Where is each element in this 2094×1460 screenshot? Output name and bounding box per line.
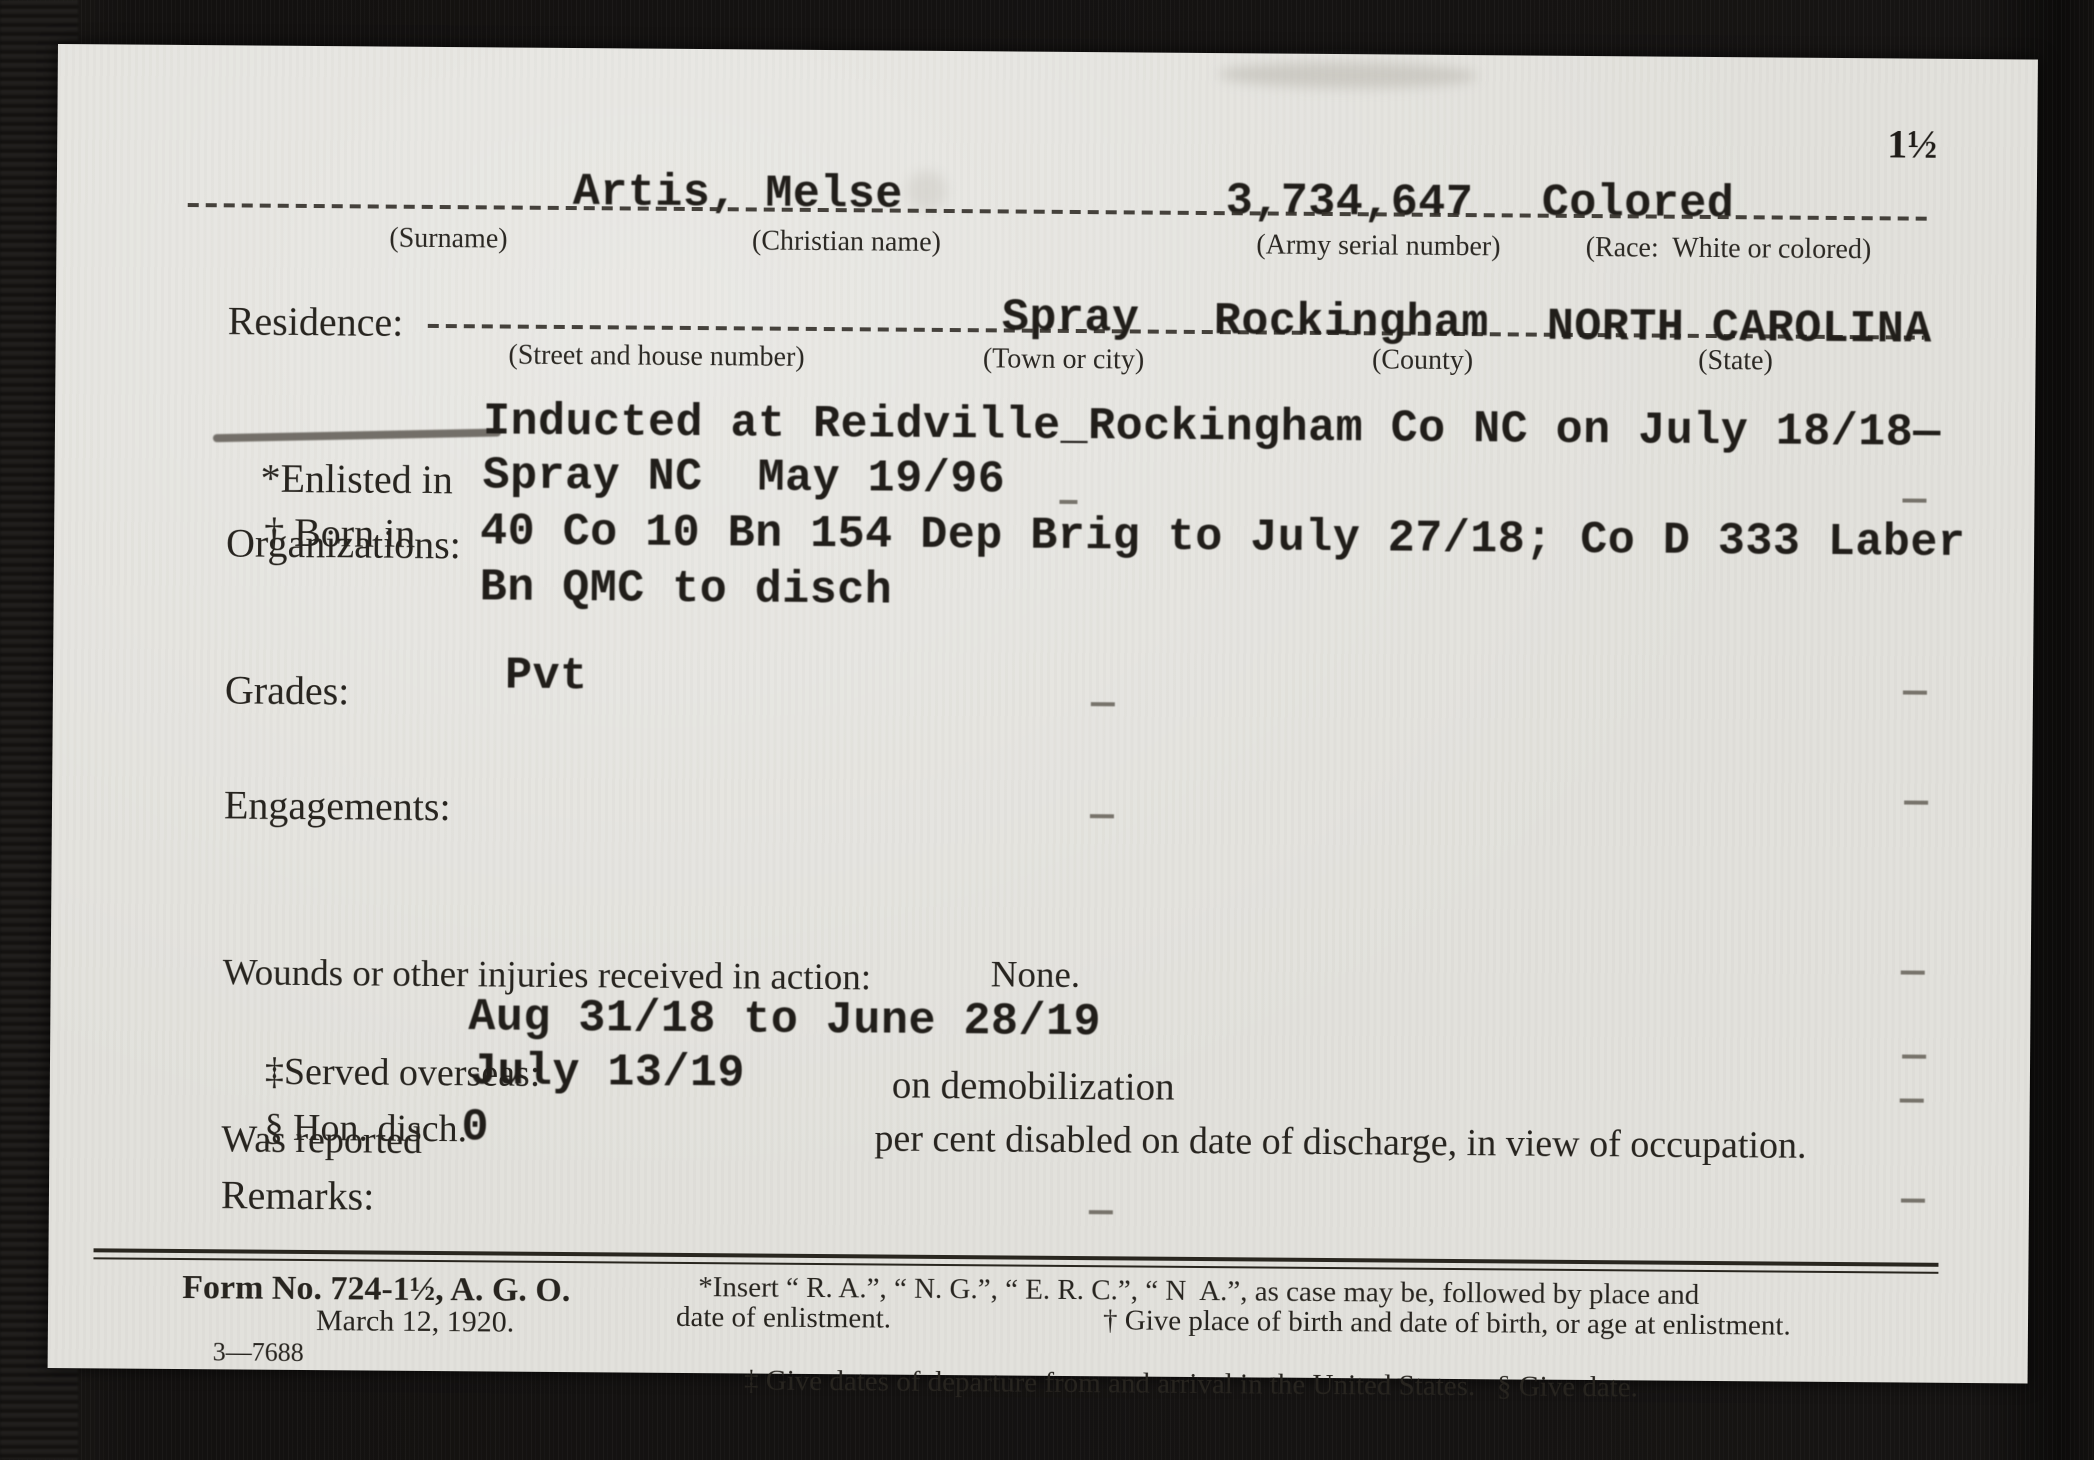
blank-mark [1090,814,1114,818]
sheet-number: 1½ [1757,119,1937,167]
serial-label: (Army serial number) [1218,229,1538,264]
margin-mark [1900,1098,1924,1102]
state-label: (State) [1655,345,1815,378]
was-reported-label: Was reported [221,1117,422,1163]
margin-mark [1902,499,1926,503]
grades-value: Pvt [505,652,588,702]
footnote-departure: ‡ Give dates of departure from and arriv… [700,1331,1638,1437]
scanned-page: 1½ Artis, Melse 3,734,647 Colored (Surna… [0,0,2094,1460]
residence-county-value: Rockingham [1214,297,1489,349]
born-value: Spray NC May 19/96 [482,451,1005,505]
race-label: (Race: White or colored) [1558,232,1898,267]
inducted-value: Inducted at Reidville_Rockingham Co NC o… [483,397,1941,458]
surname-value: Artis, Melse [573,168,903,220]
blank-mark [1089,1210,1113,1214]
town-label: (Town or city) [963,343,1163,377]
remarks-label: Remarks: [221,1171,375,1219]
margin-mark [1901,1199,1925,1203]
blank-mark [1091,702,1115,706]
wounds-value: None. [991,953,1081,997]
form-date: March 12, 1920. [316,1304,515,1340]
residence-town-value: Spray [1002,293,1140,344]
blank-mark [1059,500,1077,504]
organizations-label: Organizations: [226,519,461,568]
residence-label: Residence: [228,297,404,345]
grades-label: Grades: [225,666,350,714]
hon-disch-value: July 13/19 [470,1047,745,1099]
race-value: Colored [1542,179,1735,230]
christian-name-label: (Christian name) [721,225,971,259]
margin-mark [1903,691,1927,695]
paper-stain [1218,61,1478,89]
street-label: (Street and house number) [496,339,816,374]
hon-disch-suffix: on demobilization [892,1063,1175,1110]
margin-mark [1901,971,1925,975]
serial-value: 3,734,647 [1226,177,1474,228]
footnote-give-date: § Give date. [1497,1370,1638,1403]
organizations-line1: 40 Co 10 Bn 154 Dep Brig to July 27/18; … [480,507,1966,568]
county-label: (County) [1342,344,1502,377]
service-record-card: 1½ Artis, Melse 3,734,647 Colored (Surna… [48,44,2038,1384]
served-overseas-value: Aug 31/18 to June 28/19 [468,993,1101,1047]
margin-mark [1902,1055,1926,1059]
percent-disabled-value: 0 [461,1103,489,1153]
organizations-line2: Bn QMC to disch [480,563,893,616]
percent-disabled-suffix: per cent disabled on date of discharge, … [874,1116,1806,1167]
paper-stain [907,171,947,211]
print-code: 3—7688 [213,1337,304,1368]
surname-label: (Surname) [348,222,548,256]
margin-mark [1904,801,1928,805]
engagements-label: Engagements: [224,781,451,830]
